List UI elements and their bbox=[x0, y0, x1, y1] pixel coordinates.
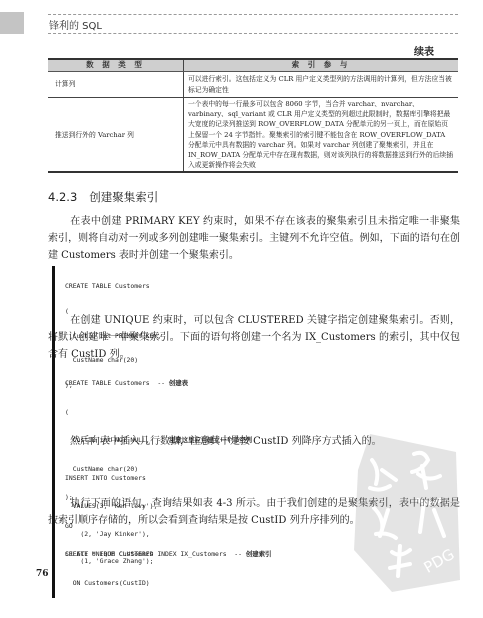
cell-description: 一个表中的每一行最多可以包含 8060 字节，当合并 varchar、nvarc… bbox=[184, 98, 459, 173]
table-continued-label: 续表 bbox=[414, 43, 434, 58]
paragraph: 在创建 UNIQUE 约束时，可以包含 CLUSTERED 关键字指定创建聚集索… bbox=[48, 313, 460, 363]
code-line: CREATE TABLE Customers -- 创建表 bbox=[65, 379, 271, 389]
header-rule-bottom bbox=[48, 33, 458, 34]
code-line: ON Customers(CustID) bbox=[65, 579, 271, 589]
table-row: 计算列 可以进行索引。这包括定义为 CLR 用户定义类型列的方法调用的计算列，但… bbox=[48, 72, 458, 98]
column-header-data-type: 数 据 类 型 bbox=[48, 59, 184, 72]
cell-data-type: 计算列 bbox=[48, 72, 184, 98]
section-title: 创建聚集索引 bbox=[89, 190, 158, 204]
header-rule-top bbox=[48, 14, 458, 15]
code-line: SELECT * FROM Customers bbox=[65, 550, 154, 559]
code-line: INSERT INTO Customers bbox=[65, 474, 157, 483]
page-edge-tab bbox=[0, 12, 24, 34]
column-header-index-participation: 索 引 参 与 bbox=[184, 59, 459, 72]
index-participation-table: 数 据 类 型 索 引 参 与 计算列 可以进行索引。这包括定义为 CLR 用户… bbox=[48, 58, 458, 173]
running-header: 锋利的 SQL bbox=[49, 17, 102, 32]
watermark-seal-icon: PDG bbox=[352, 430, 462, 595]
paragraph: 在表中创建 PRIMARY KEY 约束时，如果不存在该表的聚集索引且未指定唯一… bbox=[48, 214, 460, 264]
section-heading: 4.2.3创建聚集索引 bbox=[48, 189, 158, 205]
table-row: 推送到行外的 Varchar 列 一个表中的每一行最多可以包含 8060 字节，… bbox=[48, 98, 458, 173]
page-number: 76 bbox=[36, 569, 49, 579]
code-line: ( bbox=[65, 408, 271, 418]
code-block: SELECT * FROM Customers bbox=[52, 532, 154, 568]
table-header-row: 数 据 类 型 索 引 参 与 bbox=[48, 59, 458, 72]
cell-description: 可以进行索引。这包括定义为 CLR 用户定义类型列的方法调用的计算列，但方法应当… bbox=[184, 72, 459, 98]
code-line: CREATE TABLE Customers bbox=[65, 282, 161, 290]
section-number: 4.2.3 bbox=[48, 190, 77, 204]
cell-data-type: 推送到行外的 Varchar 列 bbox=[48, 98, 184, 173]
